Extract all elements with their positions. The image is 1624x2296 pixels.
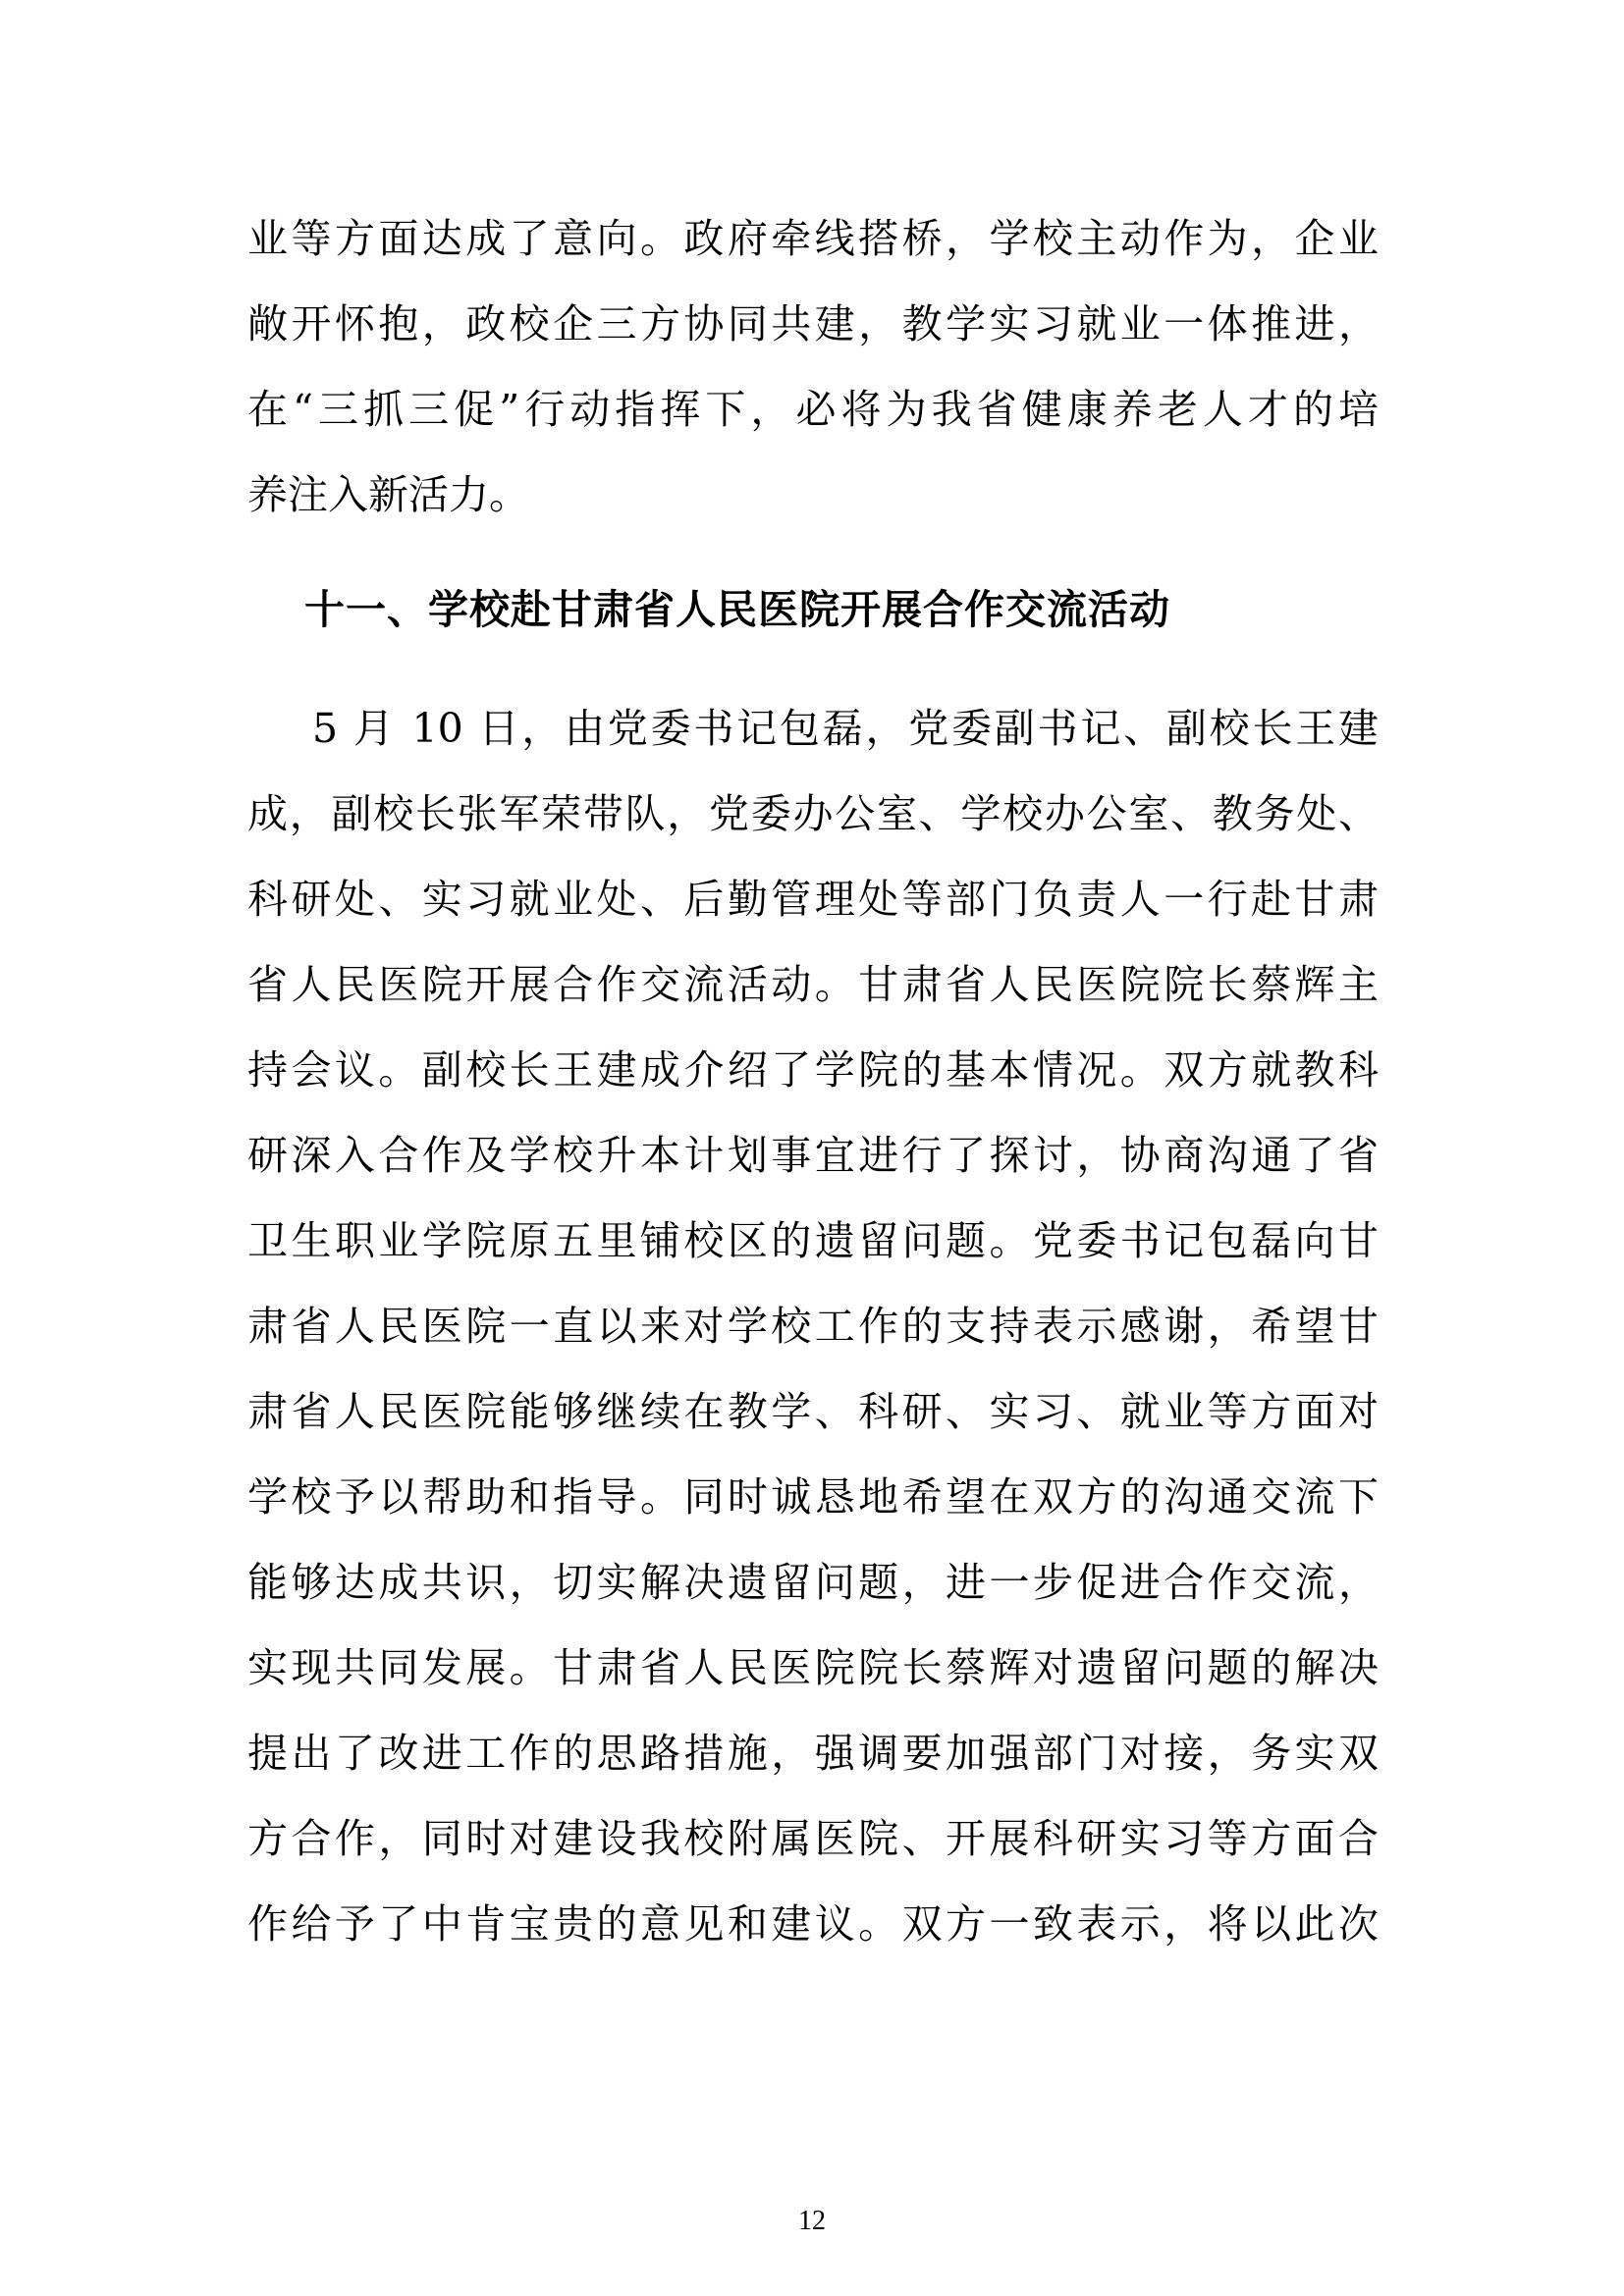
paragraph-line: 卫生职业学院原五里铺校区的遗留问题。党委书记包磊向甘 — [247, 1199, 1379, 1284]
paragraph-line: 业等方面达成了意向。政府牵线搭桥，学校主动作为，企业 — [247, 196, 1379, 282]
paragraph-line: 持会议。副校长王建成介绍了学院的基本情况。双方就教科 — [247, 1028, 1379, 1113]
paragraph-line: 敞开怀抱，政校企三方协同共建，教学实习就业一体推进， — [247, 282, 1379, 367]
paragraph-line: 在“三抓三促”行动指挥下，必将为我省健康养老人才的培 — [247, 367, 1379, 453]
paragraph-line: 能够达成共识，切实解决遗留问题，进一步促进合作交流， — [247, 1540, 1379, 1626]
paragraph-line: 提出了改进工作的思路措施，强调要加强部门对接，务实双 — [247, 1711, 1379, 1796]
paragraph-body: 5 月 10 日，由党委书记包磊，党委副书记、副校长王建 成，副校长张军荣带队，… — [247, 686, 1379, 1967]
paragraph-line: 实现共同发展。甘肃省人民医院院长蔡辉对遗留问题的解决 — [247, 1626, 1379, 1711]
paragraph-line: 作给予了中肯宝贵的意见和建议。双方一致表示，将以此次 — [247, 1882, 1379, 1967]
paragraph-line: 方合作，同时对建设我校附属医院、开展科研实习等方面合 — [247, 1796, 1379, 1882]
paragraph-line: 5 月 10 日，由党委书记包磊，党委副书记、副校长王建 — [247, 686, 1379, 772]
section-heading: 十一、学校赴甘肃省人民医院开展合作交流活动 — [304, 567, 1170, 653]
paragraph-line: 省人民医院开展合作交流活动。甘肃省人民医院院长蔡辉主 — [247, 942, 1379, 1028]
paragraph-line: 成，副校长张军荣带队，党委办公室、学校办公室、教务处、 — [247, 772, 1379, 857]
paragraph-continued: 业等方面达成了意向。政府牵线搭桥，学校主动作为，企业 敞开怀抱，政校企三方协同共… — [247, 196, 1379, 538]
paragraph-line: 学校予以帮助和指导。同时诚恳地希望在双方的沟通交流下 — [247, 1455, 1379, 1540]
paragraph-line: 研深入合作及学校升本计划事宜进行了探讨，协商沟通了省 — [247, 1113, 1379, 1199]
document-page: 业等方面达成了意向。政府牵线搭桥，学校主动作为，企业 敞开怀抱，政校企三方协同共… — [0, 0, 1624, 2296]
paragraph-line: 肃省人民医院能够继续在教学、科研、实习、就业等方面对 — [247, 1369, 1379, 1455]
page-number: 12 — [0, 2205, 1624, 2238]
paragraph-line: 养注入新活力。 — [247, 453, 1379, 538]
paragraph-line: 科研处、实习就业处、后勤管理处等部门负责人一行赴甘肃 — [247, 857, 1379, 942]
paragraph-line: 肃省人民医院一直以来对学校工作的支持表示感谢，希望甘 — [247, 1284, 1379, 1369]
